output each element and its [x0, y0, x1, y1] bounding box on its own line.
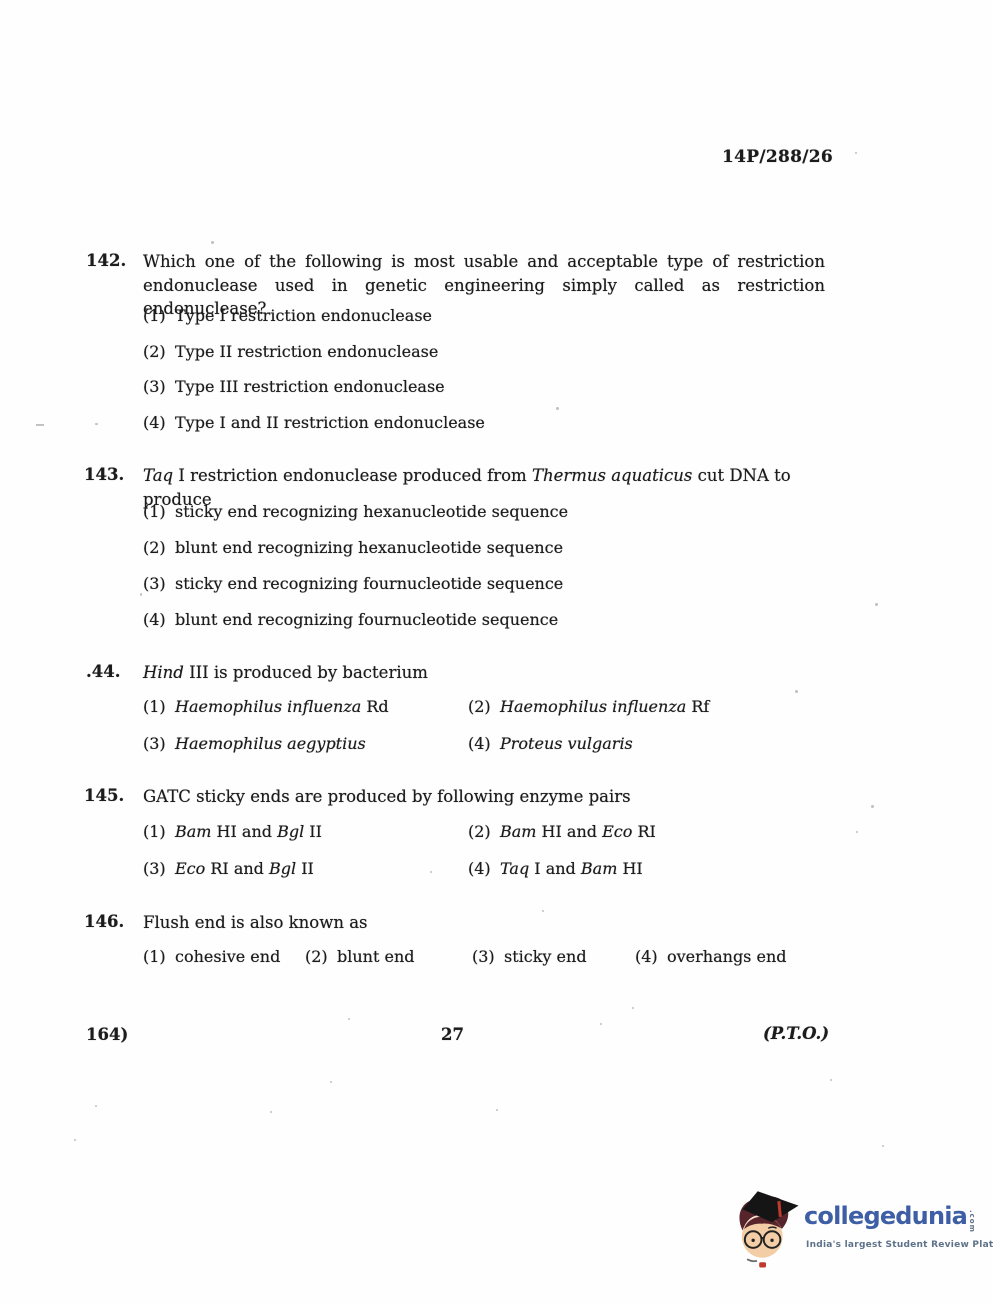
- option-text: Type I and II restriction endonuclease: [175, 413, 485, 432]
- q146-option-3: (3)sticky end: [472, 947, 587, 966]
- q142-option-2: (2)Type II restriction endonuclease: [143, 342, 438, 361]
- q142-option-3: (3)Type III restriction endonuclease: [143, 377, 445, 396]
- collegedunia-mascot-icon: [732, 1188, 800, 1270]
- q143-option-2: (2)blunt end recognizing hexanucleotide …: [143, 538, 563, 557]
- collegedunia-logo: collegedunia .com India's largest Studen…: [730, 1188, 992, 1276]
- option-label: (1): [143, 947, 169, 966]
- option-text: blunt end recognizing hexanucleotide seq…: [175, 538, 563, 557]
- question-number: .44.: [86, 662, 120, 681]
- option-label: (1): [143, 502, 169, 521]
- option-label: (4): [468, 859, 494, 878]
- option-text: Taq I and Bam HI: [500, 859, 643, 878]
- collegedunia-tld: .com: [968, 1210, 976, 1233]
- option-label: (1): [143, 822, 169, 841]
- paper-code: 14P/288/26: [722, 147, 833, 167]
- option-text: Type III restriction endonuclease: [175, 377, 445, 396]
- collegedunia-tagline: India's largest Student Review Platform: [806, 1240, 993, 1250]
- option-label: (3): [472, 947, 498, 966]
- option-text: blunt end: [337, 947, 415, 966]
- option-text: Bam HI and Eco RI: [500, 822, 656, 841]
- collegedunia-wordmark: collegedunia: [804, 1202, 967, 1230]
- option-text: Haemophilus influenza Rd: [175, 697, 389, 716]
- option-text: cohesive end: [175, 947, 280, 966]
- option-text: Haemophilus influenza Rf: [500, 697, 709, 716]
- option-label: (1): [143, 306, 169, 325]
- pto-label: (P.T.O.): [763, 1024, 829, 1043]
- option-label: (3): [143, 377, 169, 396]
- footer-booklet-code: 164): [86, 1025, 128, 1044]
- question-number: 142.: [86, 251, 126, 270]
- option-text: sticky end recognizing hexanucleotide se…: [175, 502, 568, 521]
- option-text: Haemophilus aegyptius: [175, 734, 366, 753]
- question-text: GATC sticky ends are produced by followi…: [143, 785, 743, 809]
- q145-option-2: (2)Bam HI and Eco RI: [468, 822, 656, 841]
- option-label: (2): [468, 697, 494, 716]
- option-text: Eco RI and Bgl II: [175, 859, 314, 878]
- question-text: Flush end is also known as: [143, 911, 643, 935]
- q144-option-4: (4)Proteus vulgaris: [468, 734, 633, 753]
- option-label: (3): [143, 574, 169, 593]
- option-label: (2): [305, 947, 331, 966]
- q146-option-2: (2)blunt end: [305, 947, 415, 966]
- option-label: (3): [143, 859, 169, 878]
- question-number: 143.: [84, 465, 124, 484]
- q144-option-3: (3)Haemophilus aegyptius: [143, 734, 366, 753]
- option-text: Type I restriction endonuclease: [175, 306, 432, 325]
- q143-option-3: (3)sticky end recognizing fournucleotide…: [143, 574, 563, 593]
- q145-option-4: (4)Taq I and Bam HI: [468, 859, 643, 878]
- q143-option-4: (4)blunt end recognizing fournucleotide …: [143, 610, 558, 629]
- q145-option-3: (3)Eco RI and Bgl II: [143, 859, 314, 878]
- option-text: sticky end recognizing fournucleotide se…: [175, 574, 563, 593]
- option-label: (3): [143, 734, 169, 753]
- option-label: (1): [143, 697, 169, 716]
- option-label: (4): [635, 947, 661, 966]
- option-text: Proteus vulgaris: [500, 734, 633, 753]
- q146-option-4: (4)overhangs end: [635, 947, 787, 966]
- q144-option-2: (2)Haemophilus influenza Rf: [468, 697, 709, 716]
- option-label: (4): [468, 734, 494, 753]
- q142-option-1: (1)Type I restriction endonuclease: [143, 306, 432, 325]
- option-text: Bam HI and Bgl II: [175, 822, 322, 841]
- q143-option-1: (1)sticky end recognizing hexanucleotide…: [143, 502, 568, 521]
- q146-option-1: (1)cohesive end: [143, 947, 280, 966]
- option-text: overhangs end: [667, 947, 787, 966]
- question-text: Hind III is produced by bacterium: [143, 661, 643, 685]
- exam-page: 14P/288/26 142. Which one of the followi…: [0, 0, 993, 1303]
- q145-option-1: (1)Bam HI and Bgl II: [143, 822, 322, 841]
- option-text: Type II restriction endonuclease: [175, 342, 438, 361]
- q142-option-4: (4)Type I and II restriction endonucleas…: [143, 413, 485, 432]
- q144-option-1: (1)Haemophilus influenza Rd: [143, 697, 389, 716]
- option-label: (2): [143, 538, 169, 557]
- option-label: (4): [143, 610, 169, 629]
- page-number: 27: [441, 1025, 464, 1044]
- question-number: 146.: [84, 912, 124, 931]
- option-label: (2): [468, 822, 494, 841]
- option-text: blunt end recognizing fournucleotide seq…: [175, 610, 558, 629]
- option-label: (2): [143, 342, 169, 361]
- option-text: sticky end: [504, 947, 587, 966]
- option-label: (4): [143, 413, 169, 432]
- question-number: 145.: [84, 786, 124, 805]
